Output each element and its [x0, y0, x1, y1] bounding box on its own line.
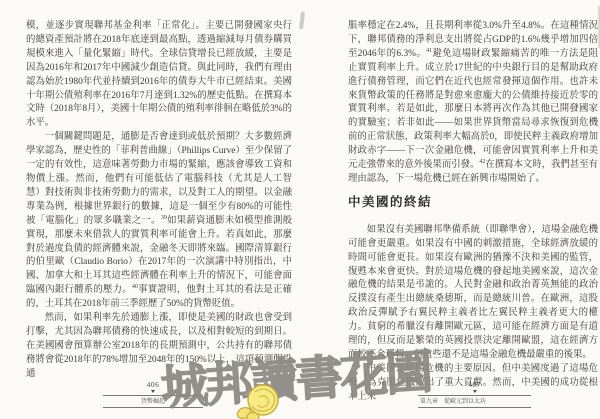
- paragraph: 一個關鍵問題是，通膨是否會達到或低於預期？大多數經濟學家認為，歷史性的「菲利普曲…: [26, 131, 292, 312]
- right-page-text: 脹率穩定在2.4%，且長期利率從3.0%升至4.8%。在這種情況下，聯邦債務的淨…: [348, 20, 598, 405]
- right-page-footer: 407 第九章 從歐元到以太坊: [418, 381, 531, 408]
- paragraph: 模，並逐步實現聯邦基金利率「正常化」。主要已開發國家央行的總資產預計將在2018…: [26, 20, 292, 131]
- footer-triangle-icon: [151, 390, 155, 393]
- right-page-number: 407: [418, 381, 531, 389]
- right-running-footer: 第九章 從歐元到以太坊: [418, 395, 531, 408]
- footnote-ref: 42: [479, 159, 485, 165]
- paragraph: 然而，如果利率先於通膨上漲，即使是美國的財政也會受到打擊，尤其因為聯邦債務的快速…: [26, 312, 292, 382]
- paragraph: 脹率穩定在2.4%，且長期利率從3.0%升至4.8%。在這種情況下，聯邦債務的淨…: [348, 20, 598, 187]
- book-spread: { "left_page": { "page_number": "406", "…: [0, 0, 600, 419]
- scan-gutter-artifact: [299, 12, 305, 29]
- section-heading: 中美國的終結: [348, 196, 598, 210]
- left-running-footer: 貨幣崛起: [103, 395, 203, 408]
- footnote-ref: 40: [132, 284, 138, 290]
- footer-triangle-icon: [473, 390, 477, 393]
- footnote-ref: 41: [426, 48, 432, 54]
- left-page-number: 406: [103, 381, 203, 389]
- flower-icon: [231, 383, 285, 419]
- footnote-ref: 39: [161, 215, 167, 221]
- left-page-text: 模，並逐步實現聯邦基金利率「正常化」。主要已開發國家央行的總資產預計將在2018…: [26, 20, 292, 382]
- paragraph: 如果沒有美國聯邦準備系統（即聯準會），這場金融危機可能會更嚴重。如果沒有中國的刺…: [348, 224, 598, 363]
- left-page-footer: 406 貨幣崛起: [103, 381, 203, 408]
